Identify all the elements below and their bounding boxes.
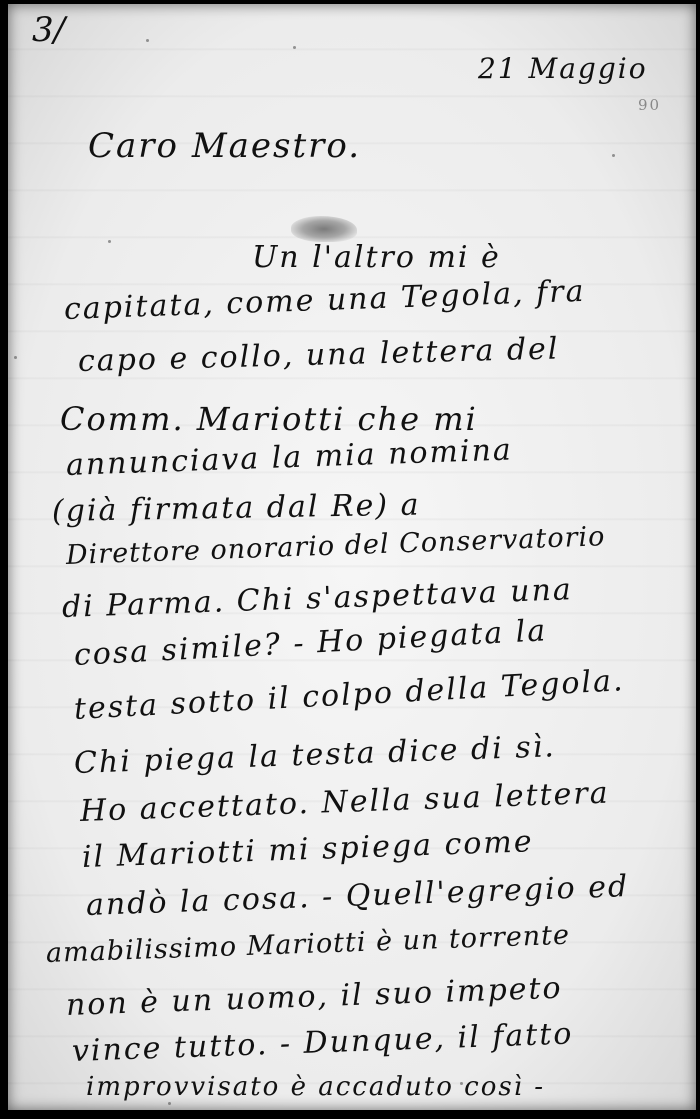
letter-line: amabilissimo Mariotti è un torrente [45, 920, 570, 969]
letter-line: non è un uomo, il suo impeto [65, 971, 563, 1023]
letter-line: Comm. Mariotti che mi [60, 400, 478, 438]
letter-date: 21 Maggio [478, 52, 648, 85]
letter-page: 3/ 21 Maggio 90 Caro Maestro. Un l'altro… [8, 4, 696, 1110]
letter-line: Chi piega la testa dice di sì. [73, 729, 556, 781]
paper-speck [146, 39, 149, 42]
salutation: Caro Maestro. [88, 126, 361, 166]
letter-line: capo e collo, una lettera del [78, 331, 560, 379]
pencil-note: 90 [638, 96, 661, 114]
letter-line: annunciava la mia nomina [65, 432, 513, 483]
letter-line: Ho accettato. Nella sua lettera [79, 776, 610, 829]
paper-speck [612, 154, 615, 157]
paper-speck [108, 240, 111, 243]
letter-line: (già firmata dal Re) a [52, 488, 421, 529]
letter-line: il Mariotti mi spiega come [81, 824, 534, 875]
paper-speck [168, 1102, 171, 1105]
folio-number: 3/ [32, 10, 65, 50]
letter-line: capitata, come una Tegola, fra [63, 274, 586, 327]
letter-line: vince tutto. - Dunque, il fatto [71, 1017, 574, 1069]
paper-speck [293, 46, 296, 49]
paper-speck [14, 356, 17, 359]
letter-line: Direttore onorario del Conservatorio [65, 521, 605, 571]
ink-smudge [291, 216, 357, 242]
letter-line: andò la cosa. - Quell'egregio ed [85, 869, 629, 923]
letter-line: Un l'altro mi è [252, 240, 501, 275]
letter-line: testa sotto il colpo della Tegola. [73, 663, 625, 727]
letter-line: improvvisato è accaduto così - [86, 1072, 545, 1102]
letter-line: cosa simile? - Ho piegata la [73, 613, 548, 673]
